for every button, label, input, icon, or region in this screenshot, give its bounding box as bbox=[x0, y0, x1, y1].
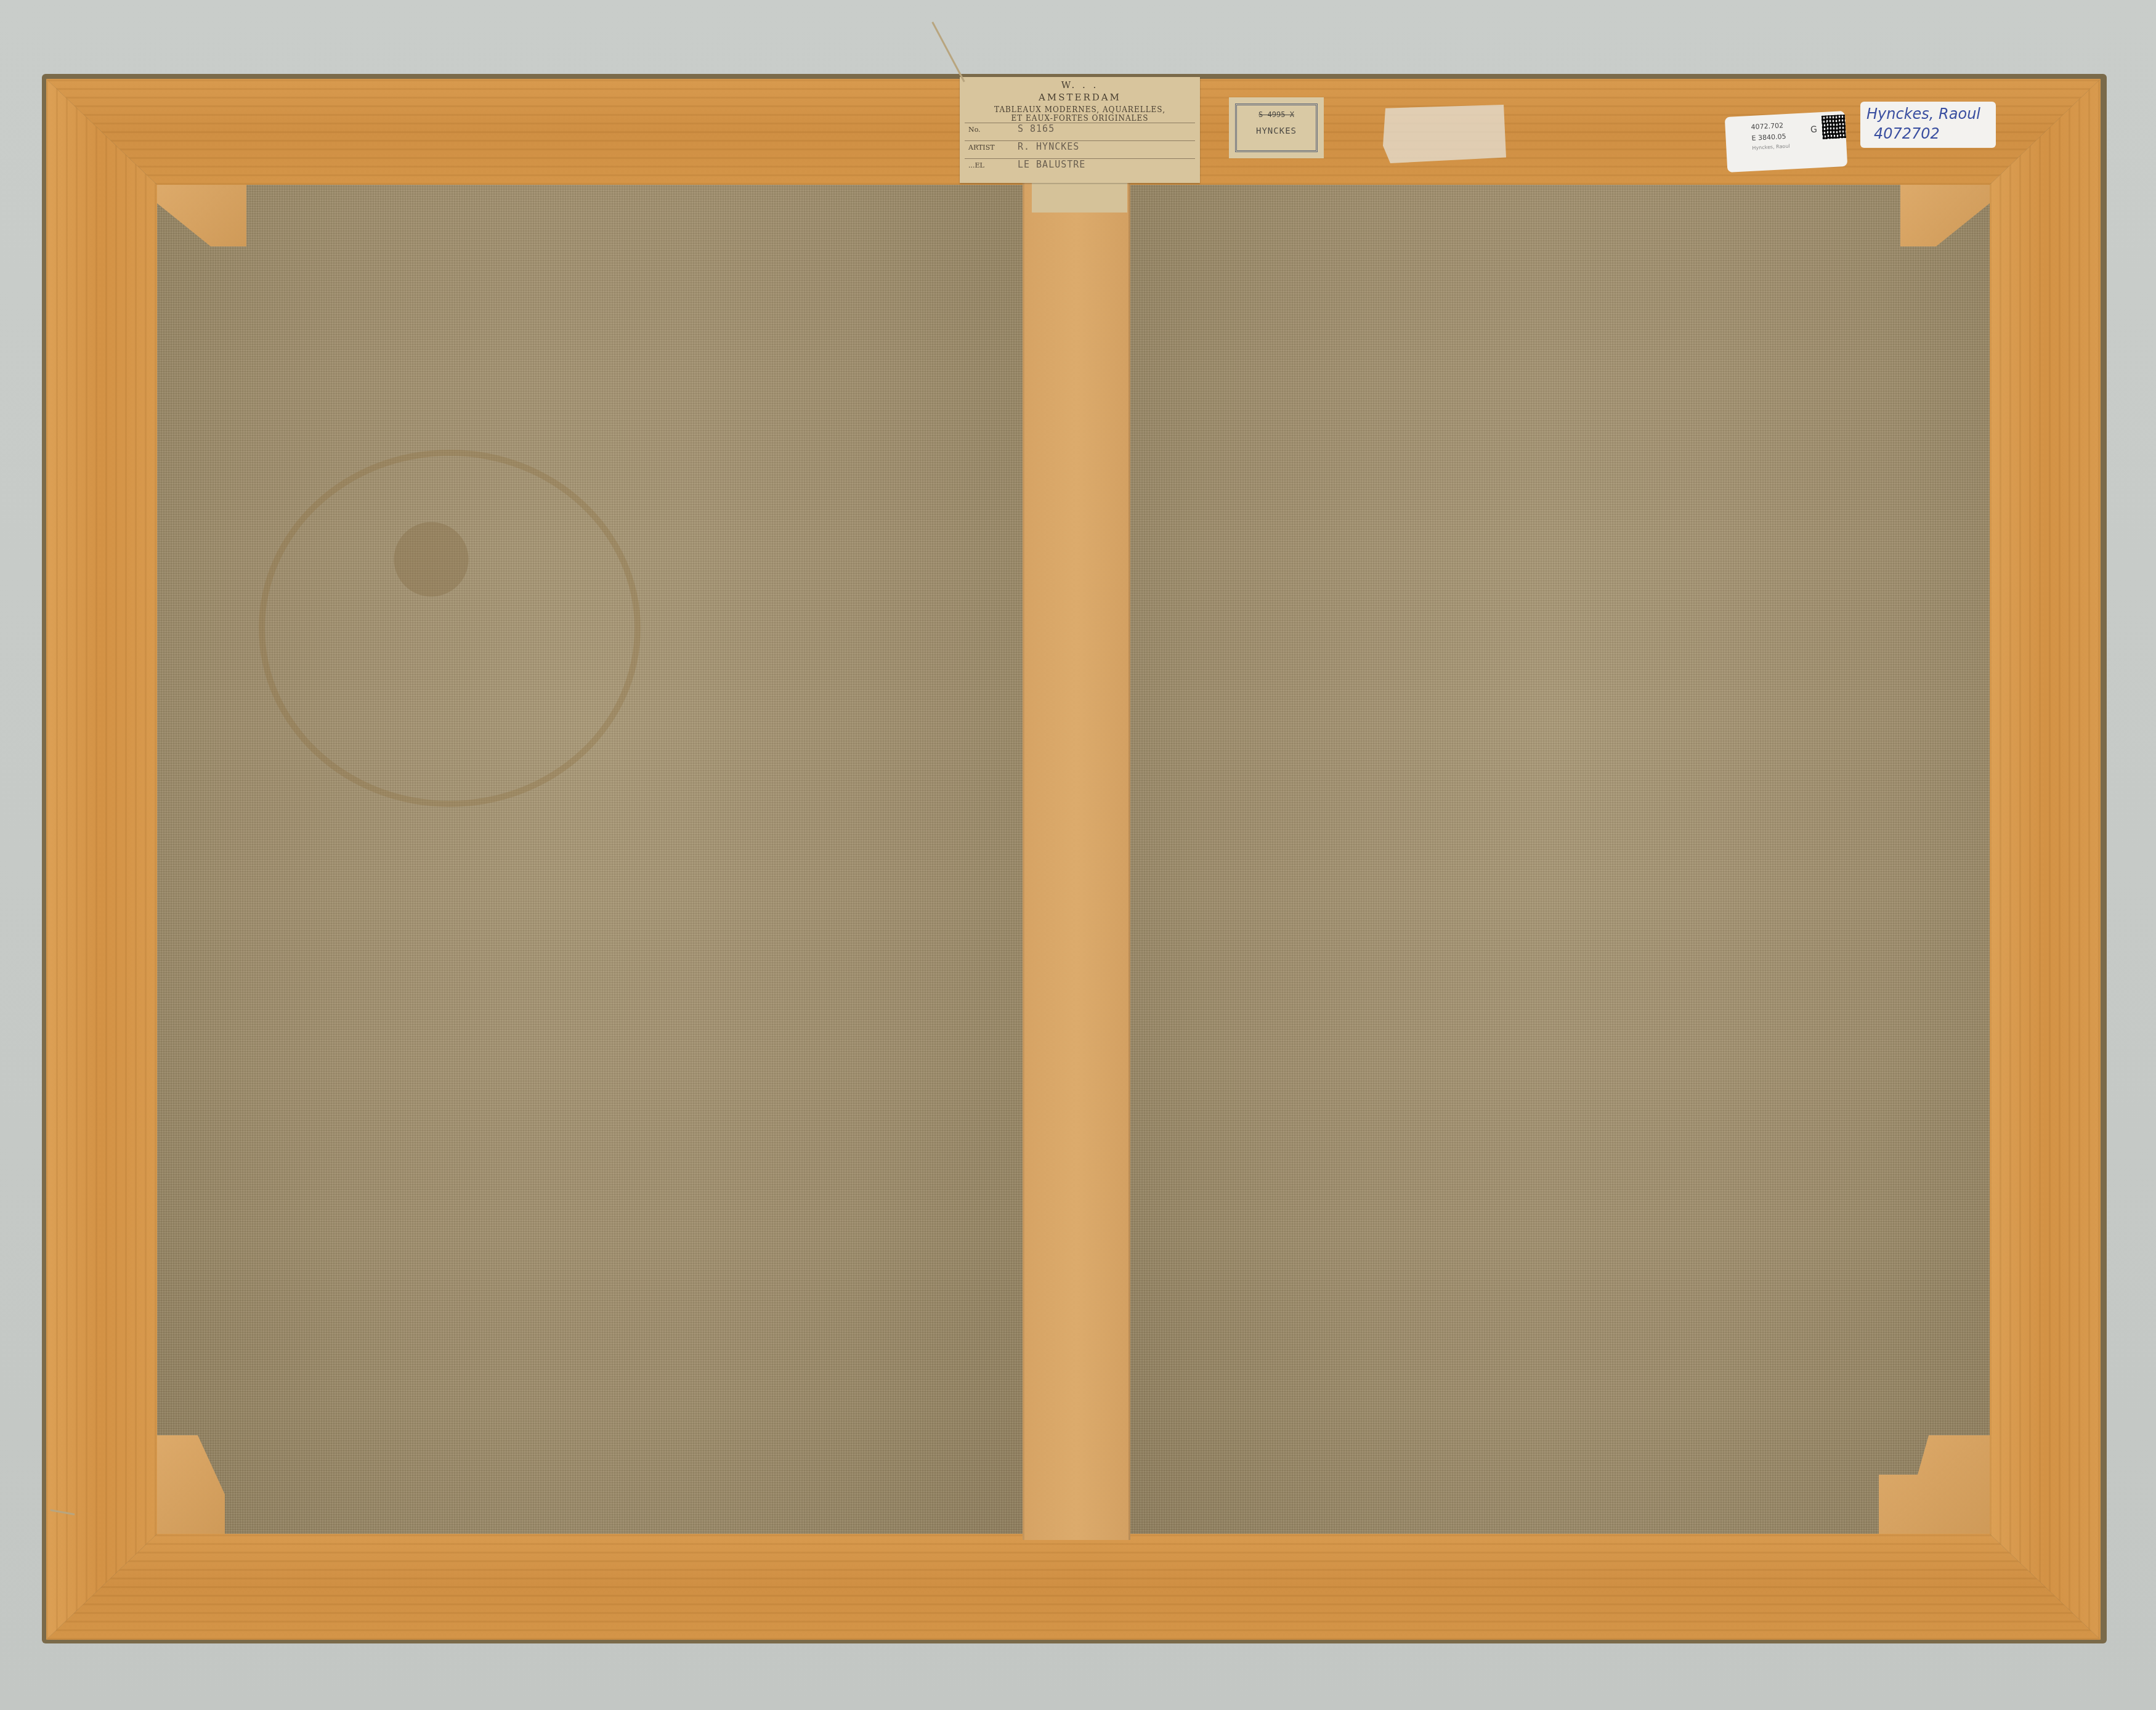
stretcher-rail-bottom bbox=[46, 1534, 2101, 1640]
row-key: No. bbox=[965, 126, 1018, 134]
white-paint-patch bbox=[1383, 105, 1506, 163]
dealer-row-artist: ARTIST R. HYNCKES bbox=[965, 140, 1195, 158]
row-value: S 8165 bbox=[1018, 123, 1055, 134]
dealer-row-number: No. S 8165 bbox=[965, 123, 1195, 140]
dealer-tagline-1: TABLEAUX MODERNES, AQUARELLES, bbox=[960, 105, 1200, 114]
linen-panel-left bbox=[157, 185, 1023, 1534]
handwritten-label: Hynckes, Raoul 4072702 bbox=[1860, 102, 1996, 148]
row-key: ...EL bbox=[965, 161, 1018, 169]
center-crossbar bbox=[1023, 179, 1130, 1540]
dealer-label-tab bbox=[1032, 182, 1127, 213]
stock-artist-name: HYNCKES bbox=[1237, 126, 1316, 136]
stretcher-rail-left bbox=[46, 79, 157, 1640]
row-value: R. HYNCKES bbox=[1018, 141, 1079, 152]
dealer-name: W. . . bbox=[960, 79, 1200, 91]
stray-thread bbox=[931, 22, 965, 83]
g-mark: G bbox=[1810, 124, 1818, 135]
dealer-row-title: ...EL LE BALUSTRE bbox=[965, 158, 1195, 176]
inventory-artist: Hynckes, Raoul bbox=[1752, 144, 1790, 151]
linen-panel-right bbox=[1130, 185, 1990, 1534]
qr-code-icon bbox=[1822, 115, 1846, 139]
handwritten-number: 4072702 bbox=[1874, 125, 1940, 142]
inventory-code: E 3840.05 bbox=[1751, 132, 1786, 142]
dealer-tagline-2: ET EAUX-FORTES ORIGINALES bbox=[960, 114, 1200, 123]
row-value: LE BALUSTRE bbox=[1018, 159, 1085, 170]
handwritten-artist: Hynckes, Raoul bbox=[1866, 105, 1980, 123]
dealer-label: W. . . AMSTERDAM TABLEAUX MODERNES, AQUA… bbox=[960, 77, 1200, 183]
inventory-sticker: 4072.702 E 3840.05 Hynckes, Raoul G bbox=[1725, 111, 1847, 172]
inventory-number: 4072.702 bbox=[1751, 121, 1783, 131]
stretcher-rail-right bbox=[1990, 79, 2101, 1640]
stock-label: S 4995 X HYNCKES bbox=[1229, 97, 1324, 158]
water-stain bbox=[259, 450, 641, 807]
dealer-city: AMSTERDAM bbox=[960, 92, 1200, 103]
row-key: ARTIST bbox=[965, 144, 1018, 152]
crossed-out-number: S 4995 X bbox=[1237, 110, 1316, 119]
